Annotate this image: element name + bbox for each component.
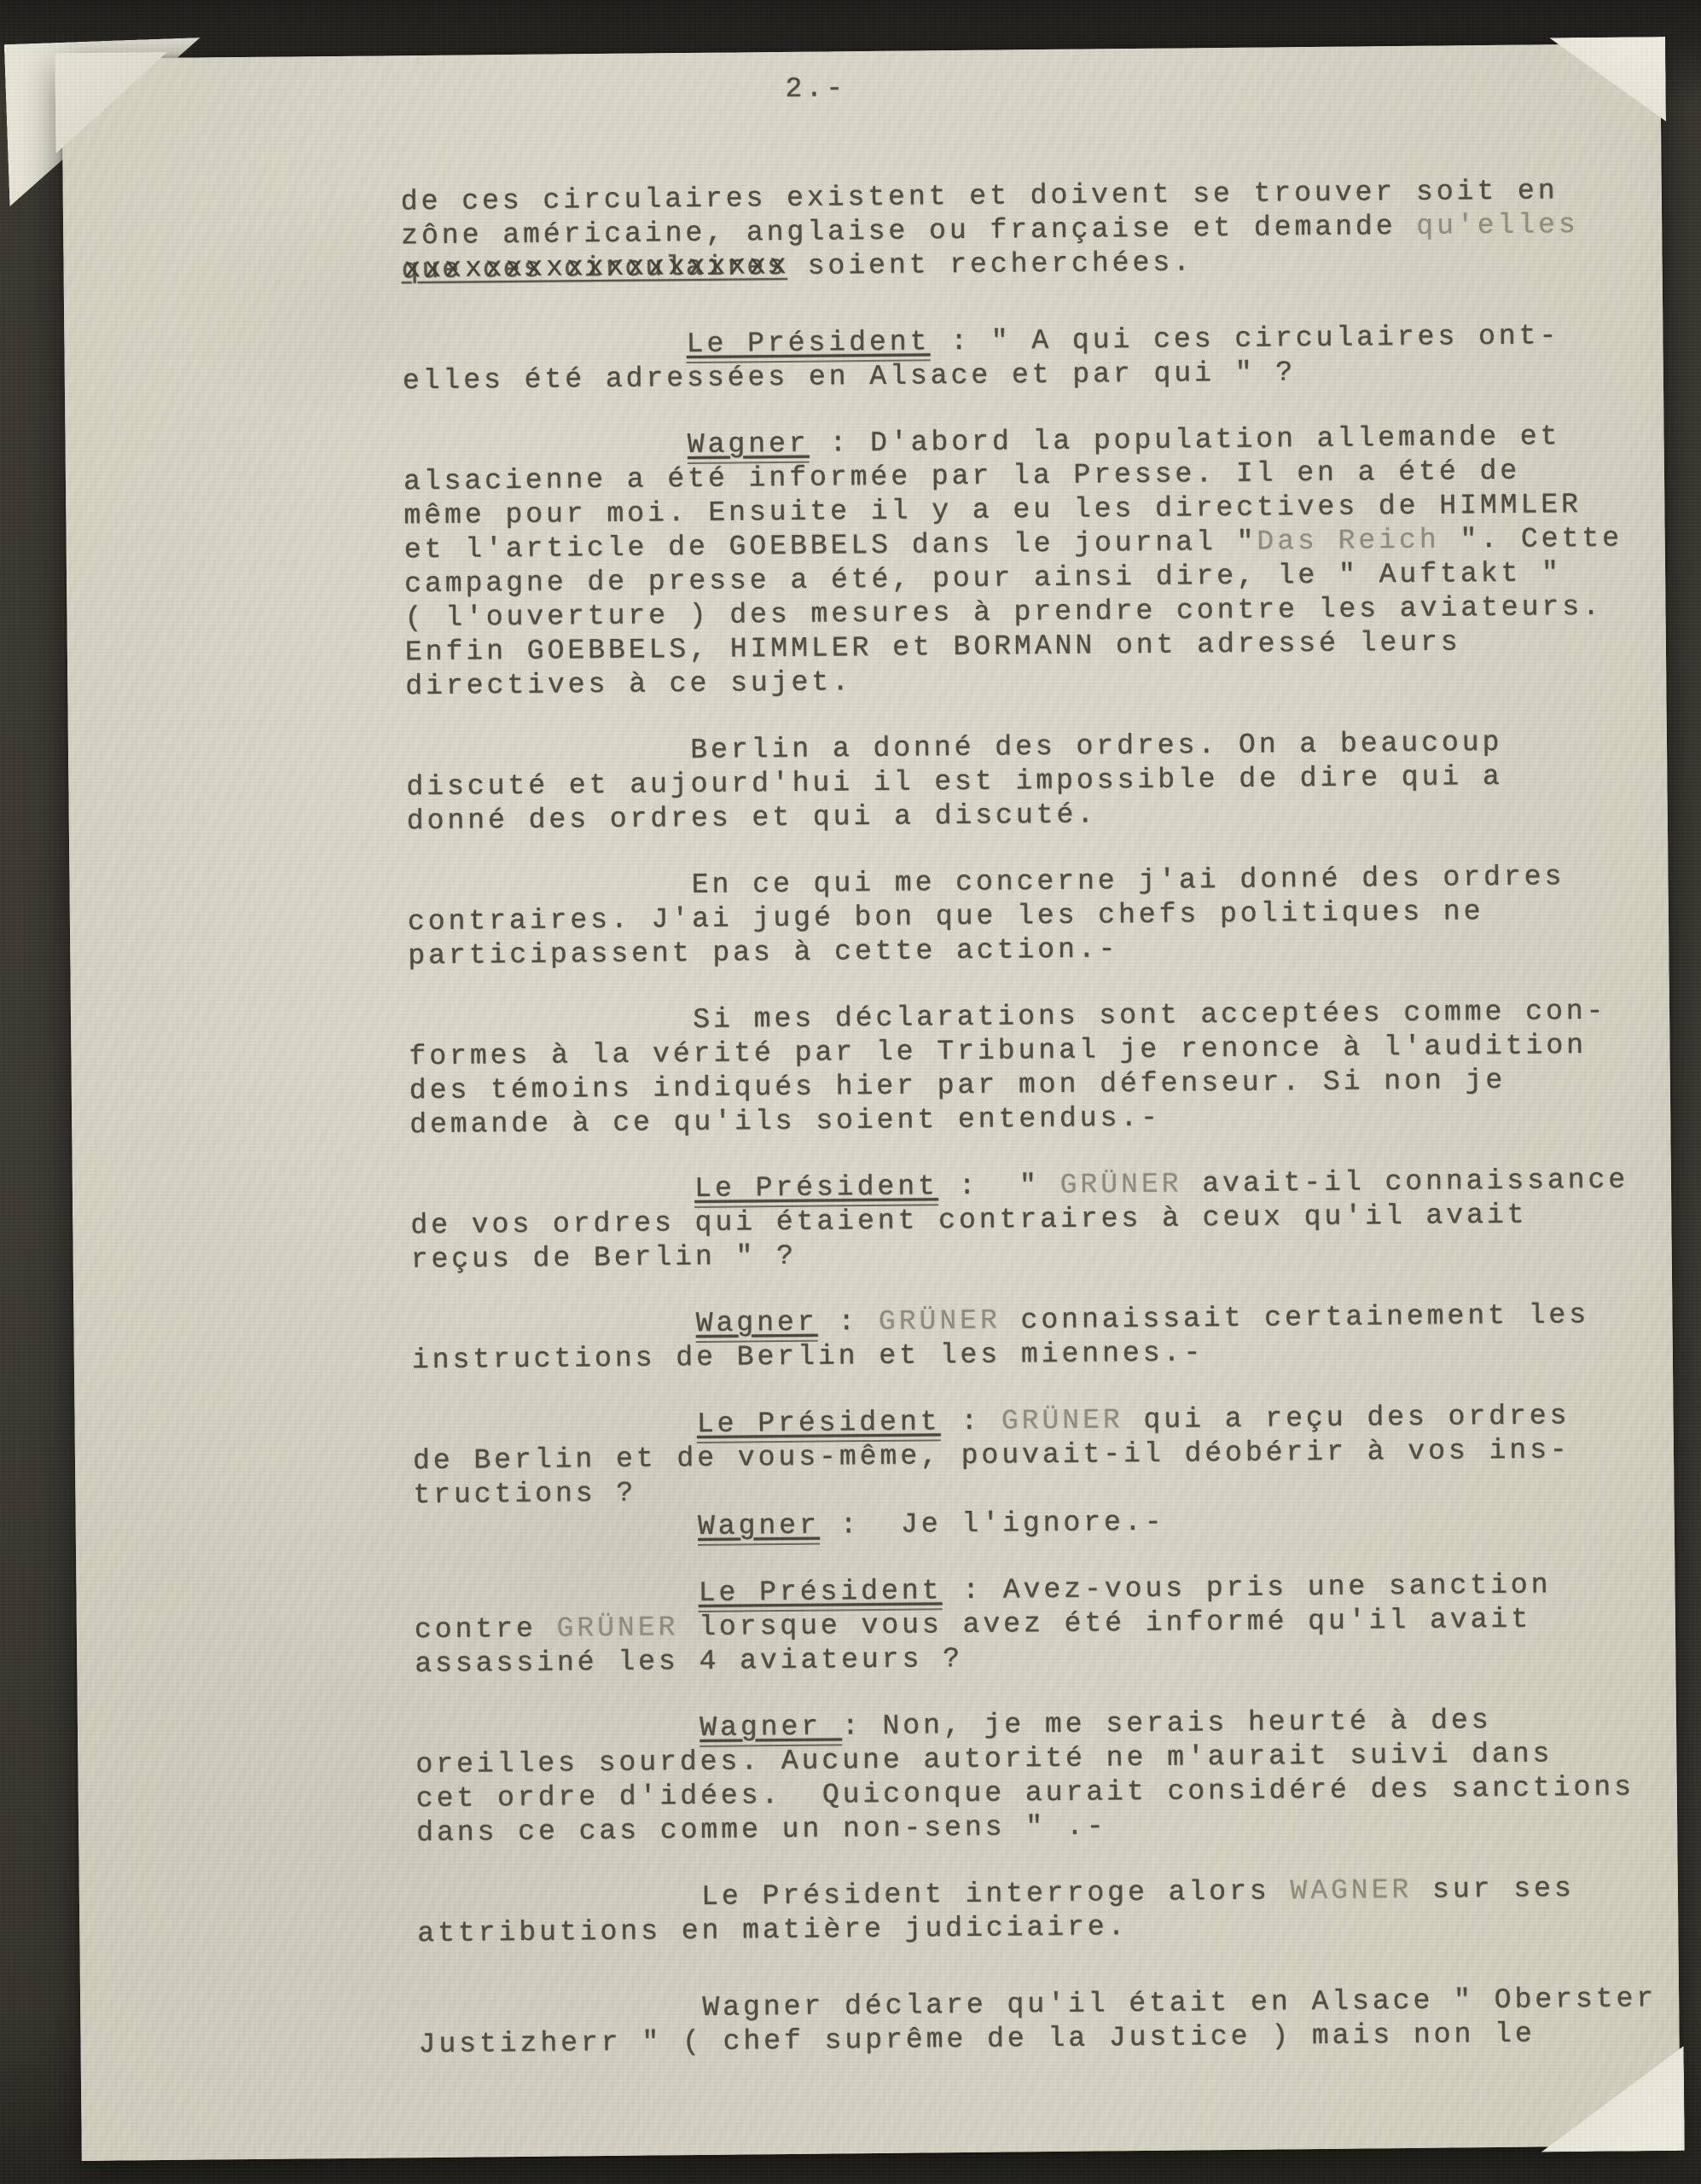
text-segment: sur ses xyxy=(1412,1873,1575,1906)
text-segment: assassiné les 4 aviateurs ? xyxy=(415,1643,963,1680)
text-segment: dans ce cas comme un non-sens " .- xyxy=(416,1810,1107,1849)
paragraph-1: de ces circulaires existent et doivent s… xyxy=(401,173,1664,288)
faded-text-segment: GRÜNER xyxy=(1001,1404,1123,1437)
paragraph-4: Berlin a donné des ordres. On a beaucoup… xyxy=(406,724,1669,839)
scanner-background: 2.- de ces circulaires existent et doive… xyxy=(0,0,1701,2184)
text-segment xyxy=(403,429,688,463)
text-segment: tructions ? xyxy=(413,1478,636,1512)
speaker-label: Le Président xyxy=(687,326,931,363)
paragraph-2: Le Président : " A qui ces circulaires o… xyxy=(402,318,1665,398)
text-segment: elles été adressées en Alsace et par qui… xyxy=(403,357,1297,397)
text-segment xyxy=(414,1577,699,1612)
struck-text-content: que ces circulaires xyxy=(401,251,787,286)
paragraph-14: Wagner déclare qu'il était en Alsace " O… xyxy=(418,1982,1681,2062)
text-segment xyxy=(414,1511,699,1545)
text-segment: Le Président interroge alors xyxy=(417,1875,1291,1915)
speaker-label: Le Président xyxy=(694,1170,938,1208)
paragraph-3: Wagner : D'abord la population allemande… xyxy=(403,419,1668,704)
paragraph-8: Wagner : GRÜNER connaissait certainement… xyxy=(411,1298,1675,1378)
paragraph-7: Le Président : " GRÜNER avait-il connais… xyxy=(410,1163,1674,1277)
faded-text-segment: Das Reich xyxy=(1257,525,1440,558)
speaker-label: Le Président xyxy=(697,1406,941,1443)
text-segment xyxy=(415,1712,700,1746)
text-segment: donné des ordres et qui a discuté. xyxy=(407,799,1098,837)
text-segment: soient recherchées. xyxy=(787,247,1193,282)
faded-text-segment: GRÜNER xyxy=(556,1612,678,1644)
faded-text-segment: qu'elles xyxy=(1416,209,1579,242)
text-segment: demande à ce qu'ils soient entendus.- xyxy=(409,1102,1161,1141)
text-segment: instructions de Berlin et les miennes.- xyxy=(412,1337,1205,1376)
text-segment: reçus de Berlin " ? xyxy=(411,1240,798,1275)
text-segment: : D'abord la population allemande et xyxy=(809,421,1560,459)
text-segment: participassent pas à cette action.- xyxy=(408,933,1118,972)
text-segment: : xyxy=(940,1406,1001,1438)
struck-out-text: que ces circulairesxxxxxxxxxxxxxxxxxxx xyxy=(401,250,787,288)
paragraph-9: Le Président : GRÜNER qui a reçu des ord… xyxy=(412,1398,1675,1513)
text-segment: ". Cette xyxy=(1440,523,1623,556)
text-segment: contre xyxy=(415,1613,557,1647)
text-segment xyxy=(402,328,687,363)
text-segment: qui a reçu des ordres xyxy=(1123,1400,1570,1436)
paragraph-12: Wagner : Non, je me serais heurté à deso… xyxy=(415,1702,1679,1850)
speaker-label: Le Président xyxy=(699,1575,943,1612)
paragraph-11: Le Président : Avez-vous pris une sancti… xyxy=(414,1567,1677,1682)
paragraph-5: En ce qui me concerne j'ai donné des ord… xyxy=(407,859,1670,973)
text-segment: attributions en matière judiciaire. xyxy=(417,1911,1128,1949)
typewritten-text-column: 2.- de ces circulaires existent et doive… xyxy=(399,64,1681,2062)
text-segment: connaissait certainement les xyxy=(1001,1299,1590,1337)
paragraph-6: Si mes déclarations sont acceptées comme… xyxy=(409,994,1672,1142)
text-segment: avait-il connaissance xyxy=(1181,1164,1628,1199)
faded-text-segment: GRÜNER xyxy=(879,1305,1001,1338)
text-segment: directives à ce sujet. xyxy=(405,666,852,702)
faded-text-segment: WAGNER xyxy=(1290,1874,1412,1907)
text-segment: : Je l'ignore.- xyxy=(820,1507,1165,1542)
text-segment xyxy=(411,1308,696,1342)
text-segment: : " xyxy=(938,1170,1060,1202)
speaker-label: Wagner xyxy=(696,1307,818,1343)
text-segment xyxy=(412,1409,697,1443)
faded-text-segment: GRÜNER xyxy=(1059,1169,1181,1201)
page-corner-fold-top-left xyxy=(55,52,168,154)
text-segment: lorsque vous avez été informé qu'il avai… xyxy=(678,1604,1531,1644)
speaker-label: Wagner xyxy=(688,428,810,464)
text-segment: : " A qui ces circulaires ont- xyxy=(930,320,1559,357)
text-segment xyxy=(410,1173,695,1207)
text-segment: : Avez-vous pris une sanction xyxy=(942,1569,1551,1606)
speaker-label: Wagner xyxy=(698,1510,820,1546)
text-segment: : xyxy=(817,1306,879,1339)
speaker-label: Wagner xyxy=(700,1711,842,1747)
page-number: 2.- xyxy=(785,64,1662,107)
paragraph-13: Le Président interroge alors WAGNER sur … xyxy=(417,1871,1681,1951)
scanned-document-page: 2.- de ces circulaires existent et doive… xyxy=(61,44,1681,2161)
text-segment: : Non, je me serais heurté à des xyxy=(842,1705,1492,1742)
